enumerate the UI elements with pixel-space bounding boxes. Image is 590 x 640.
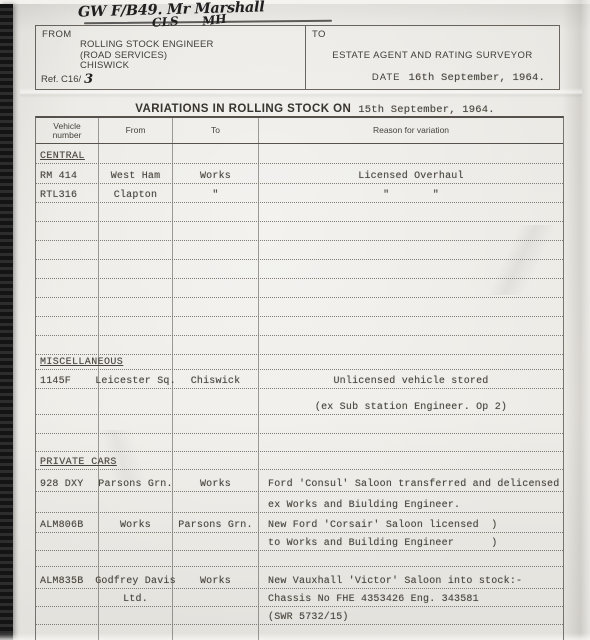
from-value: Parsons Grn. [98,479,172,490]
table-cell [99,298,173,316]
table-cell [36,607,99,624]
table-cell [173,533,259,550]
table-cell: Leicester Sq. [99,370,173,388]
from-value: West Ham [111,171,161,182]
table-row [36,298,563,317]
table-cell: " [173,184,259,202]
table-cell [36,389,99,414]
table-cell: RTL316 [36,184,99,202]
table-cell [259,241,563,259]
table-cell [173,203,259,221]
table-cell [259,434,563,451]
from-label: FROM [42,29,72,40]
table-cell [173,336,259,354]
table-cell: to Works and Building Engineer ) [259,533,563,550]
recipient-name: ESTATE AGENT AND RATING SURVEYOR [306,50,559,61]
to-value: Works [200,576,231,587]
table-cell: ALM806B [36,513,99,532]
table-cell [36,203,99,221]
table-row: to Works and Building Engineer ) [36,533,563,551]
table-cell: New Vauxhall 'Victor' Saloon into stock:… [259,567,563,588]
section-row: CENTRAL [36,144,563,164]
table-cell: 1145F [36,370,99,388]
table-cell [36,336,99,354]
table-cell: RM 414 [36,164,99,183]
table-cell [99,279,173,297]
table-cell [36,279,99,297]
table-row: ALM806BWorksParsons Grn.New Ford 'Corsai… [36,513,563,533]
vehicle-number: RTL316 [40,190,77,201]
reason-value: Unlicensed vehicle stored [333,376,488,387]
table-cell: 928 DXY [36,470,99,491]
table-cell [173,222,259,240]
table-cell [259,625,563,640]
table-cell [99,203,173,221]
reason-value: (SWR 5732/15) [268,612,349,623]
to-label: TO [312,29,326,40]
table-cell [173,144,259,163]
table-cell [36,533,99,550]
table-cell [173,389,259,414]
table-cell [259,222,563,240]
table-cell: Licensed Overhaul [259,164,563,183]
section-label: CENTRAL [40,151,85,162]
table-header-row: Vehicle number From To Reason for variat… [36,118,563,144]
table-cell [173,452,259,469]
from-value: Leicester Sq. [95,376,176,387]
scan-edge-strip [0,4,13,640]
table-cell [173,551,259,566]
table-cell: PRIVATE CARS [36,452,99,469]
to-value: " [212,190,218,201]
document-title: VARIATIONS IN ROLLING STOCK ON15th Septe… [40,99,590,117]
table-cell: Ltd. [99,589,173,606]
section-label: PRIVATE CARS [40,457,117,468]
table-cell [36,317,99,335]
table-row: (SWR 5732/15) [36,607,563,625]
reason-value: to Works and Building Engineer ) [268,538,497,549]
to-value: Parsons Grn. [178,520,252,531]
table-cell [259,355,563,369]
table-cell [99,222,173,240]
table-row: RTL316Clapton"" " [36,184,563,203]
table-cell [173,492,259,512]
table-cell [173,625,259,640]
from-address: ROLLING STOCK ENGINEER (ROAD SERVICES) C… [80,40,214,72]
table-cell [173,317,259,335]
reason-value: ex Works and Biulding Engineer. [268,500,460,511]
memo-from-section: FROM ROLLING STOCK ENGINEER (ROAD SERVIC… [36,26,306,89]
table-cell: Parsons Grn. [99,470,173,491]
table-cell [259,317,563,335]
ref-label: Ref. C16/ [41,74,81,85]
table-cell [99,389,173,414]
handwritten-initials: CLS [152,14,180,30]
table-row: 1145FLeicester Sq.ChiswickUnlicensed veh… [36,370,563,389]
reason-value: New Vauxhall 'Victor' Saloon into stock:… [268,576,522,587]
table-cell [173,298,259,316]
reason-value: Licensed Overhaul [358,171,463,182]
column-header-label: From [126,126,146,135]
table-cell [259,203,563,221]
to-value: Chiswick [191,376,241,387]
table-cell [36,492,99,512]
vehicle-number: 928 DXY [40,479,83,490]
table-row: (ex Sub station Engineer. Op 2) [36,389,563,415]
handwritten-initials: MH [201,12,227,29]
from-value: Works [120,520,151,531]
table-cell: Works [173,164,259,183]
table-cell [99,241,173,259]
table-row: RM 414West HamWorksLicensed Overhaul [36,164,563,184]
table-row [36,260,563,279]
vehicle-number: ALM806B [40,520,83,531]
memo-header: FROM ROLLING STOCK ENGINEER (ROAD SERVIC… [35,25,560,90]
table-cell [259,144,563,163]
table-row [36,317,563,336]
table-cell [99,434,173,451]
table-cell: Works [173,470,259,491]
table-cell [36,260,99,278]
table-cell [173,241,259,259]
handwritten-ref-number: 3 [84,72,93,87]
column-header-label: Vehicle number [46,122,88,140]
date-value: 16th September, 1964. [408,72,545,84]
to-value: Works [200,479,231,490]
from-line: ROLLING STOCK ENGINEER [80,40,214,51]
from-value: Ltd. [123,594,148,605]
table-cell: ex Works and Biulding Engineer. [259,492,563,512]
vehicle-number: ALM835B [40,576,83,587]
vehicle-number: 1145F [40,376,71,387]
table-cell: Clapton [99,184,173,202]
table-cell: Works [99,513,173,532]
table-cell: Chiswick [173,370,259,388]
table-cell [259,551,563,566]
column-header-label: Reason for variation [373,126,449,135]
table-cell [259,336,563,354]
table-cell [36,589,99,606]
table-cell [36,222,99,240]
table-row [36,336,563,355]
table-cell: CENTRAL [36,144,99,163]
table-cell: Parsons Grn. [173,513,259,532]
reason-value: Ford 'Consul' Saloon transferred and del… [268,479,559,490]
table-cell [36,298,99,316]
table-cell: (ex Sub station Engineer. Op 2) [259,389,563,414]
column-header-vehicle-number: Vehicle number [36,118,99,143]
table-cell: " " [259,184,563,202]
to-value: Works [200,171,231,182]
table-cell: Works [173,567,259,588]
table-row [36,434,563,452]
table-cell: Unlicensed vehicle stored [259,370,563,388]
table-cell [36,241,99,259]
table-cell: New Ford 'Corsair' Saloon licensed ) [259,513,563,532]
table-row [36,625,563,640]
table-cell [99,533,173,550]
variations-table: Vehicle number From To Reason for variat… [35,116,564,640]
table-cell [173,415,259,433]
table-cell [259,415,563,433]
vehicle-number: RM 414 [40,171,77,182]
date-label: DATE [372,72,401,83]
column-header-reason: Reason for variation [259,118,563,143]
table-row: ex Works and Biulding Engineer. [36,492,563,513]
table-cell: MISCELLANEOUS [36,355,99,369]
reason-value: (ex Sub station Engineer. Op 2) [315,402,507,413]
table-row [36,415,563,434]
table-row [36,203,563,222]
table-cell [259,452,563,469]
section-row: MISCELLANEOUS [36,355,563,370]
table-row: Ltd.Chassis No FHE 4353426 Eng. 343581 [36,589,563,607]
table-cell [99,260,173,278]
reason-value: " " [383,190,439,201]
table-row: ALM835BGodfrey DavisWorksNew Vauxhall 'V… [36,567,563,589]
column-header-to: To [173,118,259,143]
column-header-label: To [211,126,220,135]
table-row [36,279,563,298]
table-cell: West Ham [99,164,173,183]
section-label: MISCELLANEOUS [40,357,123,368]
table-cell [36,434,99,451]
table-cell: (SWR 5732/15) [259,607,563,624]
reason-value: New Ford 'Corsair' Saloon licensed ) [268,520,497,531]
table-cell [99,551,173,566]
scanned-document: GW F/B49. Mr Marshall CLS MH FROM ROLLIN… [0,0,590,640]
date-line: DATE16th September, 1964. [372,72,545,84]
memo-to-section: TO ESTATE AGENT AND RATING SURVEYOR DATE… [306,26,559,89]
table-cell [99,317,173,335]
table-cell [36,415,99,433]
title-date: 15th September, 1964. [358,104,495,116]
table-row: 928 DXYParsons Grn.WorksFord 'Consul' Sa… [36,470,563,492]
from-value: Clapton [114,190,157,201]
reference-line: Ref. C16/3 [41,71,93,86]
table-cell: ALM835B [36,567,99,588]
section-row: PRIVATE CARS [36,452,563,470]
table-cell [99,144,173,163]
table-cell [173,260,259,278]
column-header-from: From [99,118,173,143]
table-cell [173,355,259,369]
table-cell [259,279,563,297]
table-cell [99,625,173,640]
table-cell [173,279,259,297]
table-cell [259,260,563,278]
table-cell [36,625,99,640]
table-cell [173,589,259,606]
table-body: CENTRALRM 414West HamWorksLicensed Overh… [36,144,563,640]
table-cell [173,607,259,624]
from-line: CHISWICK [80,61,214,72]
table-cell [99,492,173,512]
table-cell: Ford 'Consul' Saloon transferred and del… [259,470,563,491]
table-cell [36,551,99,566]
table-cell [99,336,173,354]
from-value: Godfrey Davis [95,576,176,587]
table-row [36,241,563,260]
table-cell [173,434,259,451]
table-cell: Godfrey Davis [99,567,173,588]
table-cell [259,298,563,316]
table-cell: Chassis No FHE 4353426 Eng. 343581 [259,589,563,606]
reason-value: Chassis No FHE 4353426 Eng. 343581 [268,594,479,605]
table-cell [99,607,173,624]
table-row [36,551,563,567]
table-cell [99,415,173,433]
title-text: VARIATIONS IN ROLLING STOCK ON [135,103,351,115]
table-row [36,222,563,241]
